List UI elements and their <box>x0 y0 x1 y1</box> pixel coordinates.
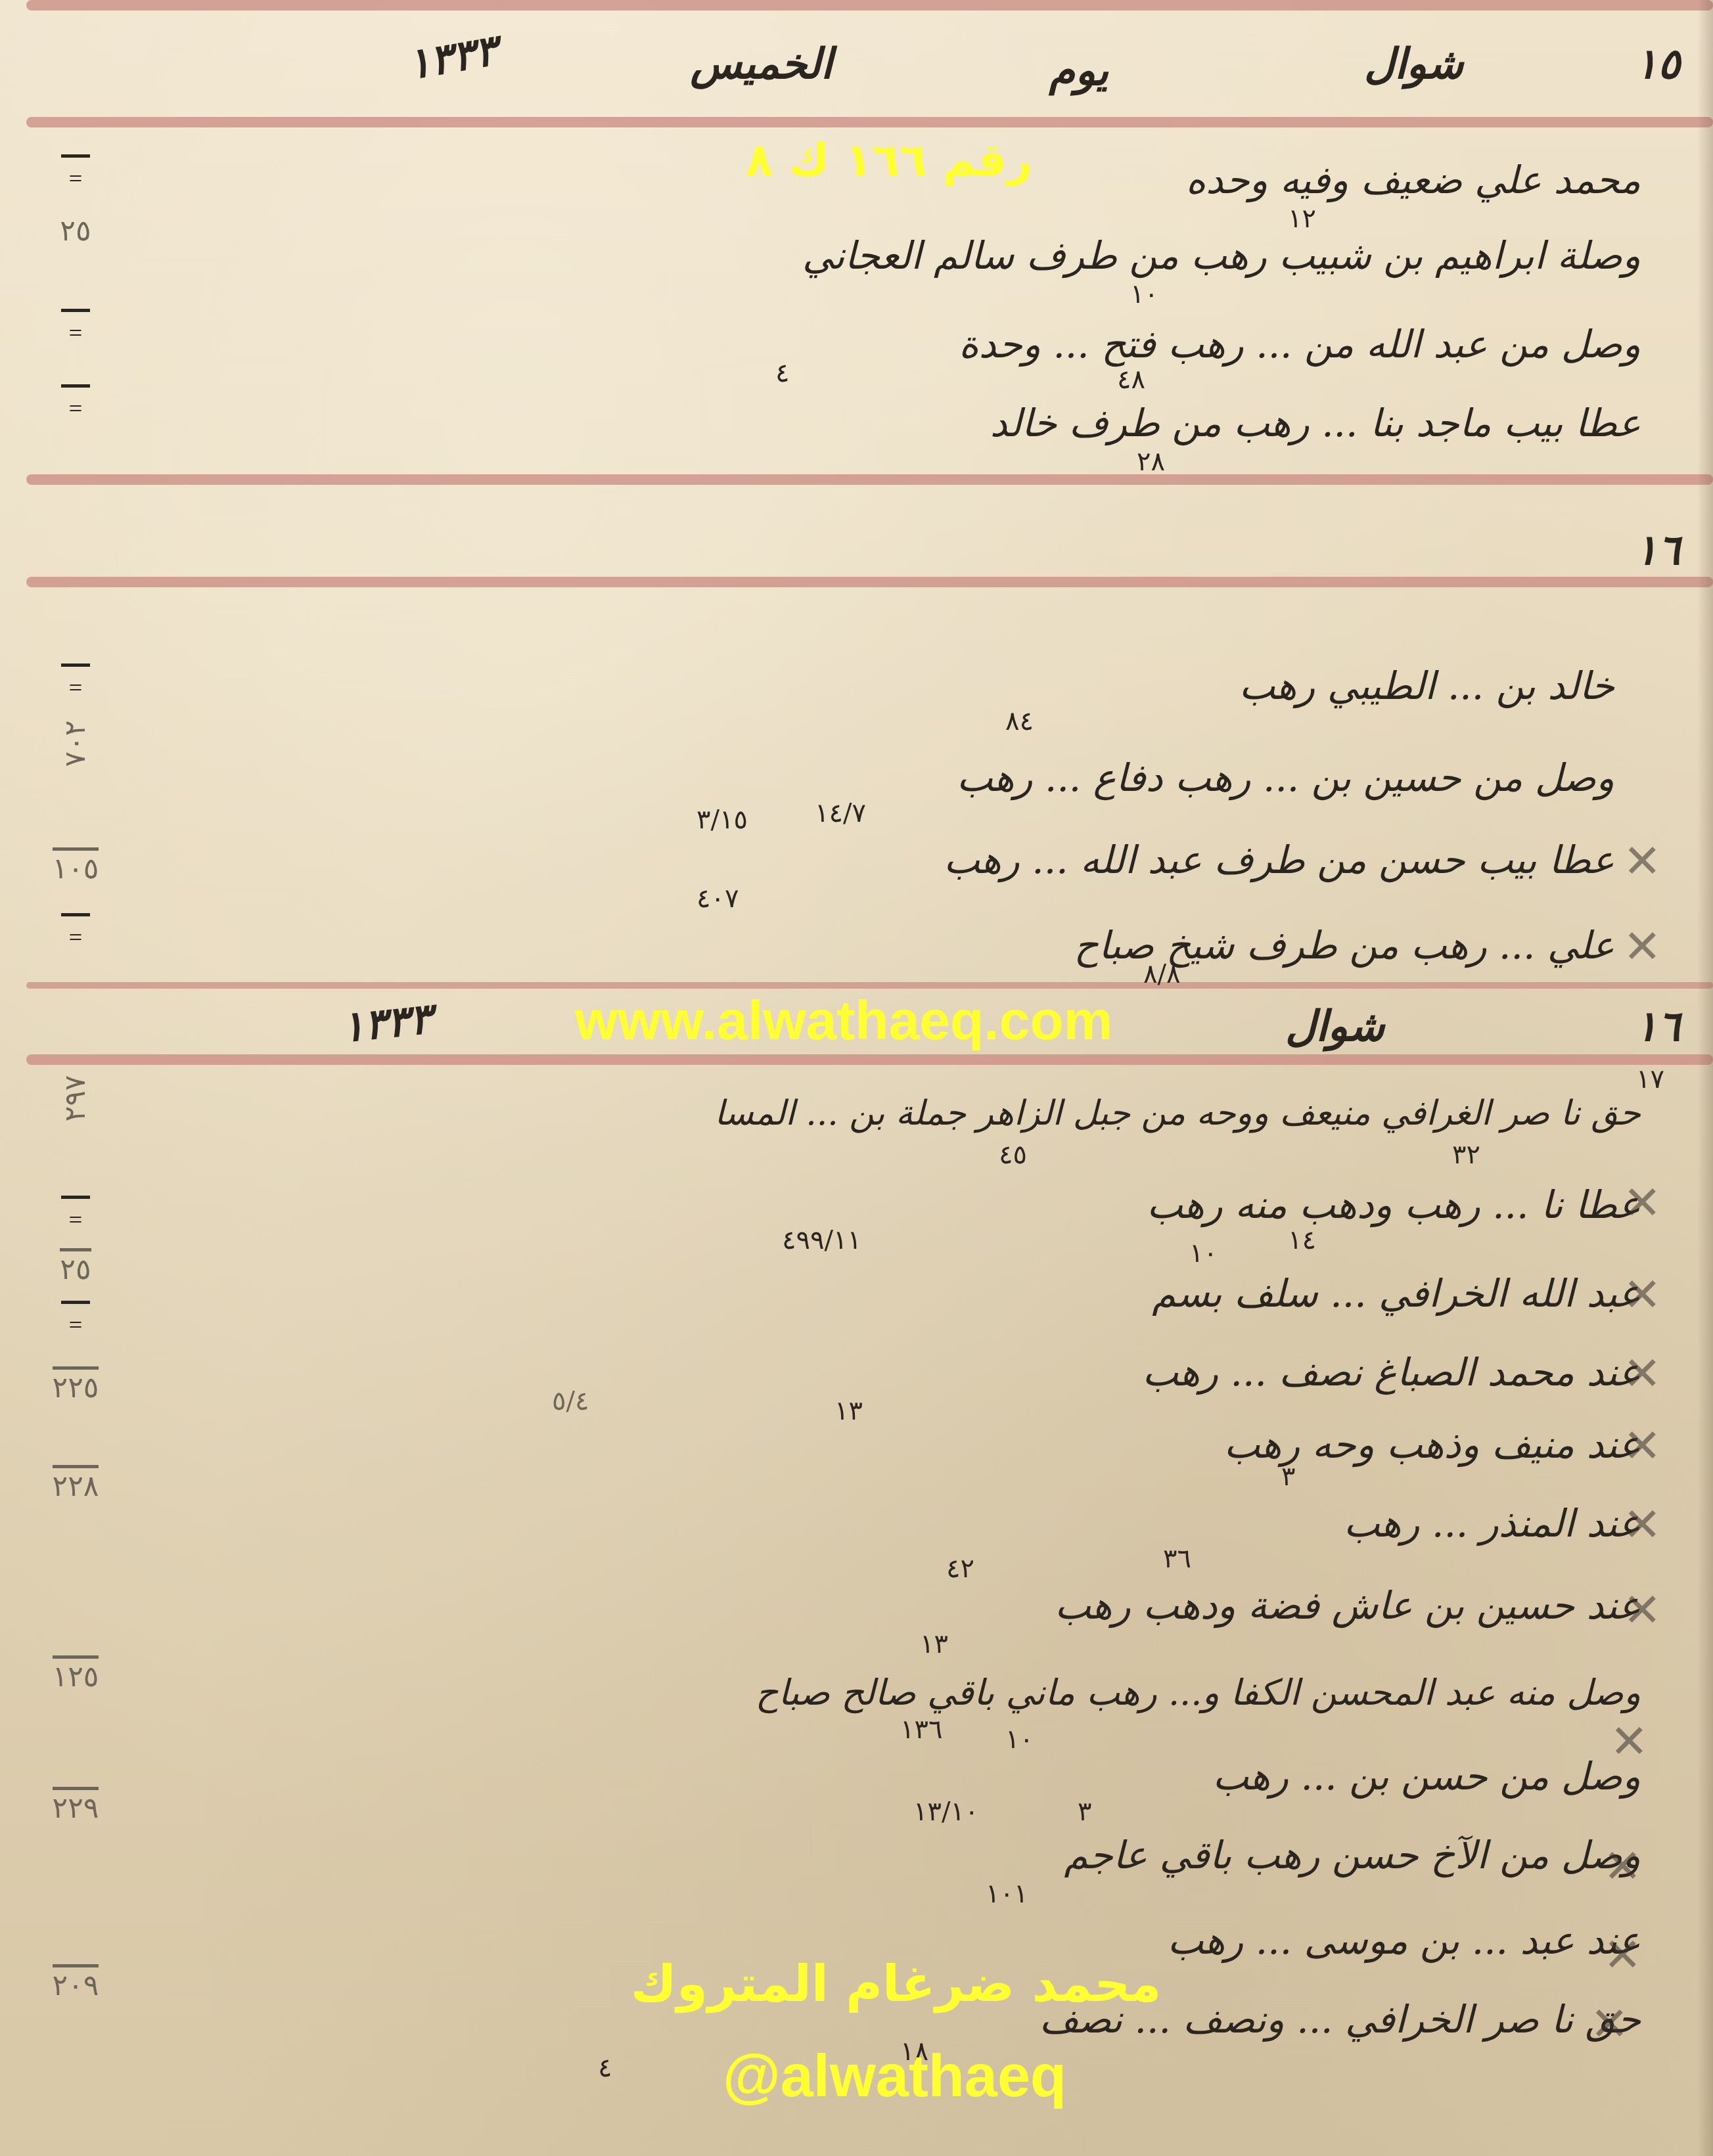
margin-note-ditto: ﹦ <box>20 384 131 420</box>
entry-line: عند المنذر ... رهب <box>1344 1501 1641 1546</box>
entry-amount: ٨٤ <box>1005 706 1034 736</box>
header-month: شوال <box>1364 39 1463 89</box>
rule-line <box>26 0 1713 11</box>
strike-mark: ✕ <box>1623 834 1662 888</box>
strike-mark: ✕ <box>1623 1176 1662 1230</box>
entry-amount: ١٣ <box>834 1396 863 1426</box>
entry-amount: ١٣٦ <box>900 1715 942 1745</box>
entry-amount: ١٠١ <box>986 1879 1028 1909</box>
entry-amount: ٣٢ <box>1452 1140 1480 1170</box>
margin-note: ٢٠٩ <box>20 1964 131 2000</box>
header-year: ١٣٣٣ <box>403 26 501 90</box>
entry-amount: ٨/٨ <box>1143 959 1180 989</box>
entry-amount: ٢٨ <box>1137 447 1165 477</box>
ledger-page: ١٥ شوال يوم الخميس ١٣٣٣ محمد علي ضعيف وف… <box>0 0 1713 2156</box>
margin-note: ٢٩٧ <box>61 1043 90 1154</box>
entry-line: عبد الله الخرافي ... سلف بسم <box>1152 1271 1641 1316</box>
entry-line: عند منيف وذهب وحه رهب <box>1224 1422 1641 1467</box>
website-watermark: www.alwathaeq.com <box>575 989 1112 1052</box>
margin-note: ٢٥ <box>20 217 131 246</box>
social-handle-watermark: @alwathaeq <box>723 2043 1066 2111</box>
margin-note: ٢٥ <box>20 1248 131 1284</box>
entry-line: محمد علي ضعيف وفيه وحده <box>1186 158 1641 202</box>
author-watermark: محمد ضرغام المتروك <box>631 1954 1161 2013</box>
entry-amount: ٣ <box>1281 1462 1295 1492</box>
header-day: ١٦ <box>1635 1002 1680 1051</box>
entry-amount: ٤٥ <box>999 1140 1027 1170</box>
strike-mark: ✕ <box>1590 1997 1629 2051</box>
margin-note-ditto: ﹦ <box>20 309 131 345</box>
entry-line: وصل من حسين بن ... رهب دفاع ... رهب <box>957 755 1614 800</box>
entry-amount: ٥/٤ <box>552 1386 589 1416</box>
margin-note-ditto: ﹦ <box>20 154 131 191</box>
margin-note-ditto: ﹦ <box>20 1301 131 1337</box>
strike-mark: ✕ <box>1603 1839 1642 1893</box>
entry-amount: ٣ <box>1078 1797 1091 1827</box>
strike-mark: ✕ <box>1623 920 1662 974</box>
strike-mark: ✕ <box>1610 1715 1649 1768</box>
entry-line: عطا بيب ماجد بنا ... رهب من طرف خالد <box>990 401 1641 445</box>
entry-line: عند محمد الصباغ نصف ... رهب <box>1143 1350 1641 1395</box>
rule-line <box>26 474 1713 485</box>
entry-line: حق نا صر الغرافي منيعف ووحه من جبل الزاه… <box>714 1094 1641 1133</box>
header-weekday: الخميس <box>691 39 833 89</box>
margin-note: ٧٠٢ <box>61 688 90 799</box>
entry-line: وصلة ابراهيم بن شبيب رهب من طرف سالم الع… <box>802 233 1641 278</box>
header-month: شوال <box>1285 1002 1384 1051</box>
margin-note-ditto: ﹦ <box>20 913 131 949</box>
margin-note: ٢٢٥ <box>20 1366 131 1403</box>
entry-amount: ٣/١٥ <box>697 805 748 835</box>
entry-amount: ١٧ <box>1636 1064 1664 1094</box>
strike-mark: ✕ <box>1623 1583 1662 1637</box>
entry-amount: ١٣/١٠ <box>913 1797 978 1827</box>
strike-mark: ✕ <box>1623 1419 1662 1473</box>
strike-mark: ✕ <box>1623 1498 1662 1552</box>
header-weekday-label: يوم <box>1049 46 1109 95</box>
entry-amount: ٤٢ <box>946 1554 974 1584</box>
margin-note: ١٠٥ <box>20 847 131 884</box>
strike-mark: ✕ <box>1623 1347 1662 1401</box>
entry-line: وصل من عبد الله من ... رهب فتح ... وحدة <box>959 322 1641 367</box>
entry-line: عطا نا ... رهب ودهب منه رهب <box>1147 1182 1641 1227</box>
entry-line: وصل من الآخ حسن رهب باقي عاجم <box>1064 1833 1641 1877</box>
entry-line: خالد بن ... الطيبي رهب <box>1239 663 1614 708</box>
entry-amount: ١٣ <box>920 1629 948 1659</box>
entry-amount: ١٠ <box>1005 1724 1034 1755</box>
entry-line: عند حسين بن عاش فضة ودهب رهب <box>1055 1583 1641 1628</box>
margin-note: ٢٢٨ <box>20 1465 131 1501</box>
entry-amount: ٤ <box>775 358 789 388</box>
entry-amount: ١٠ <box>1130 279 1158 309</box>
rule-line <box>26 577 1713 587</box>
rule-line <box>26 982 1713 989</box>
entry-amount: ٤٩٩/١١ <box>782 1225 861 1255</box>
margin-note-ditto: ﹦ <box>20 1196 131 1232</box>
entry-line: وصل من حسن بن ... رهب <box>1213 1754 1641 1799</box>
section-2-day: ١٦ <box>1635 526 1680 575</box>
entry-amount: ١٠ <box>1189 1238 1218 1269</box>
margin-note: ١٢٥ <box>20 1655 131 1692</box>
strike-mark: ✕ <box>1623 1268 1662 1322</box>
margin-note: ٢٢٩ <box>20 1787 131 1823</box>
rule-line <box>26 117 1713 127</box>
header-day: ١٥ <box>1635 39 1680 89</box>
entry-amount: ١٤ <box>1288 1225 1316 1255</box>
entry-amount: ٤٠٧ <box>697 884 739 914</box>
entry-amount: ١٤/٧ <box>815 798 866 828</box>
entry-line: وصل منه عبد المحسن الكفا و... رهب ماني ب… <box>756 1672 1641 1713</box>
entry-line: عند عبد ... بن موسى ... رهب <box>1168 1918 1641 1963</box>
entry-amount: ٣٦ <box>1163 1544 1191 1574</box>
header-year: ١٣٣٣ <box>339 994 434 1052</box>
rule-line <box>26 1054 1713 1065</box>
entry-amount: ٤ <box>598 2053 612 2083</box>
page-edge-shadow <box>1697 0 1713 2156</box>
entry-amount: ٤٨ <box>1117 365 1145 395</box>
reference-number-watermark: رقم ١٦٦ ك ٨ <box>746 135 1032 187</box>
strike-mark: ✕ <box>1603 1928 1642 1982</box>
entry-line: عطا بيب حسن من طرف عبد الله ... رهب <box>944 838 1614 882</box>
entry-amount: ١٢ <box>1288 204 1316 234</box>
